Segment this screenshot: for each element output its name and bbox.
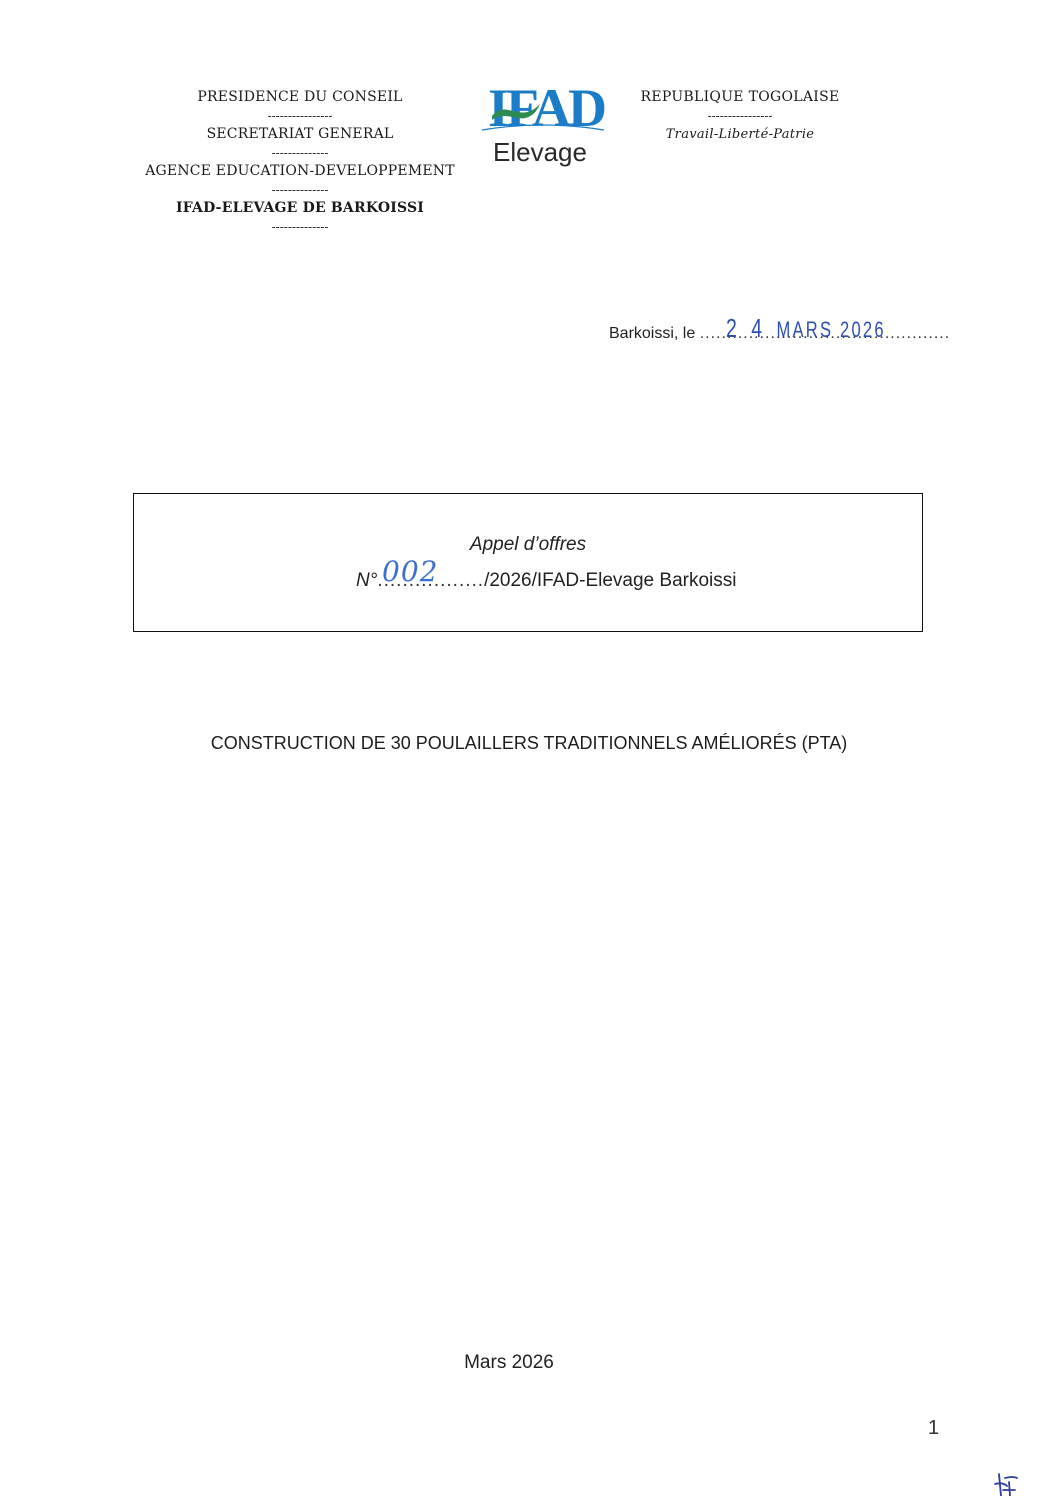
logo-subtitle: Elevage	[493, 137, 587, 167]
separator: --------------	[135, 181, 465, 199]
handwritten-number: 002	[382, 555, 438, 588]
page-number: 1	[928, 1417, 939, 1440]
country-name: REPUBLIQUE TOGOLAISE	[628, 88, 852, 107]
separator: ----------------	[135, 107, 465, 125]
header-agence: AGENCE EDUCATION-DEVELOPPEMENT	[135, 162, 465, 181]
tender-reference-box: Appel d’offres N°................./2026/…	[133, 493, 923, 632]
header-ifad-barkoissi: IFAD-ELEVAGE DE BARKOISSI	[135, 199, 465, 218]
issuer-header: PRESIDENCE DU CONSEIL ---------------- S…	[135, 88, 465, 236]
separator: ----------------	[628, 107, 852, 125]
number-suffix: /2026/IFAD-Elevage Barkoissi	[484, 570, 736, 591]
footer-date: Mars 2026	[0, 1352, 1018, 1374]
date-prefix: Barkoissi, le	[609, 325, 695, 342]
stamp-month-year: MARS 2026	[777, 317, 886, 342]
tender-title: Appel d’offres	[134, 534, 922, 556]
number-prefix: N°	[356, 570, 377, 591]
document-title: CONSTRUCTION DE 30 POULAILLERS TRADITION…	[0, 733, 1058, 754]
date-stamp: 2 4 MARS 2026	[726, 313, 886, 344]
header-secretariat: SECRETARIAT GENERAL	[135, 125, 465, 144]
separator: --------------	[135, 144, 465, 162]
header-presidence: PRESIDENCE DU CONSEIL	[135, 88, 465, 107]
separator: --------------	[135, 218, 465, 236]
handwritten-initials-icon	[993, 1472, 1023, 1496]
country-header: REPUBLIQUE TOGOLAISE ---------------- Tr…	[628, 88, 852, 144]
national-motto: Travail-Liberté-Patrie	[628, 125, 852, 144]
stamp-day: 2 4	[726, 313, 767, 343]
